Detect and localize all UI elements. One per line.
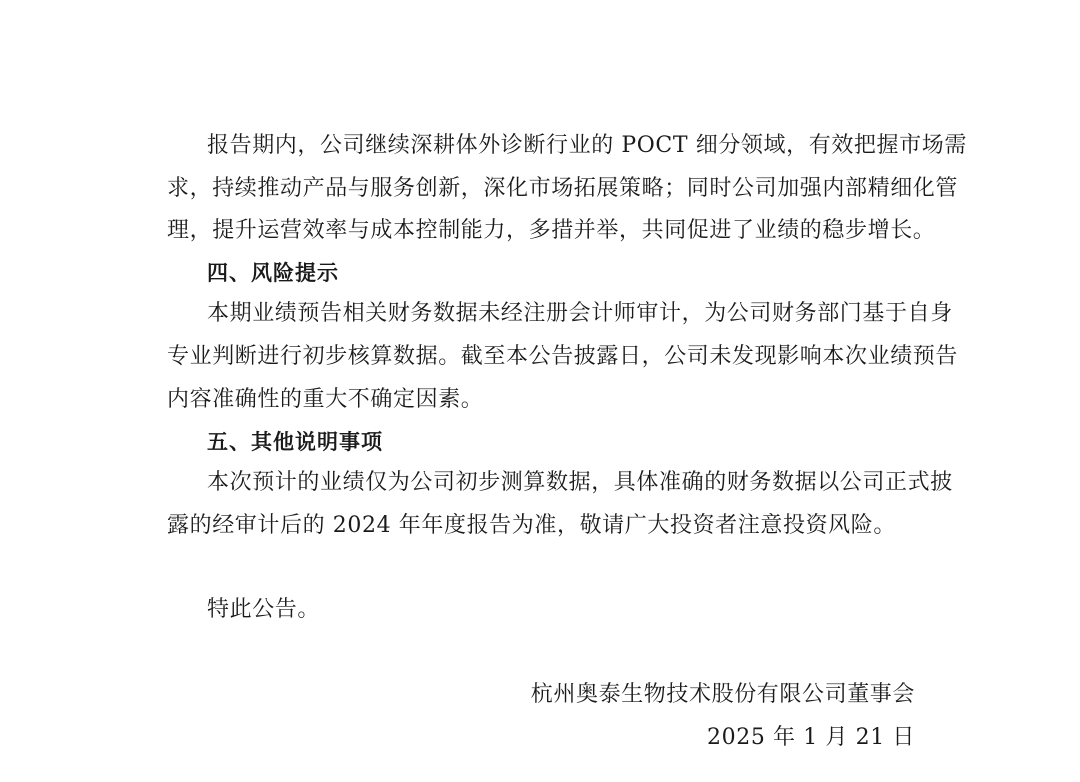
closing-text: 特此公告。	[207, 596, 320, 624]
document-page: 报告期内，公司继续深耕体外诊断行业的 POCT 细分领域，有效把握市场需 求，持…	[0, 0, 1080, 782]
section-heading-risk: 四、风险提示	[207, 259, 339, 287]
paragraph-risk-line-3: 内容准确性的重大不确定因素。	[167, 386, 483, 414]
paragraph-performance-line-1: 报告期内，公司继续深耕体外诊断行业的 POCT 细分领域，有效把握市场需	[207, 132, 967, 160]
paragraph-other-line-1: 本次预计的业绩仅为公司初步测算数据，具体准确的财务数据以公司正式披	[207, 469, 953, 497]
paragraph-risk-line-1: 本期业绩预告相关财务数据未经注册会计师审计，为公司财务部门基于自身	[207, 300, 953, 328]
signature-date: 2025 年 1 月 21 日	[707, 724, 915, 752]
paragraph-performance-line-3: 理，提升运营效率与成本控制能力，多措并举，共同促进了业绩的稳步增长。	[167, 217, 935, 245]
signature-company: 杭州奥泰生物技术股份有限公司董事会	[531, 681, 915, 709]
paragraph-performance-line-2: 求，持续推动产品与服务创新，深化市场拓展策略；同时公司加强内部精细化管	[167, 175, 958, 203]
paragraph-risk-line-2: 专业判断进行初步核算数据。截至本公告披露日，公司未发现影响本次业绩预告	[167, 343, 958, 371]
paragraph-other-line-2: 露的经审计后的 2024 年年度报告为准，敬请广大投资者注意投资风险。	[167, 512, 896, 540]
section-heading-other: 五、其他说明事项	[207, 428, 383, 456]
